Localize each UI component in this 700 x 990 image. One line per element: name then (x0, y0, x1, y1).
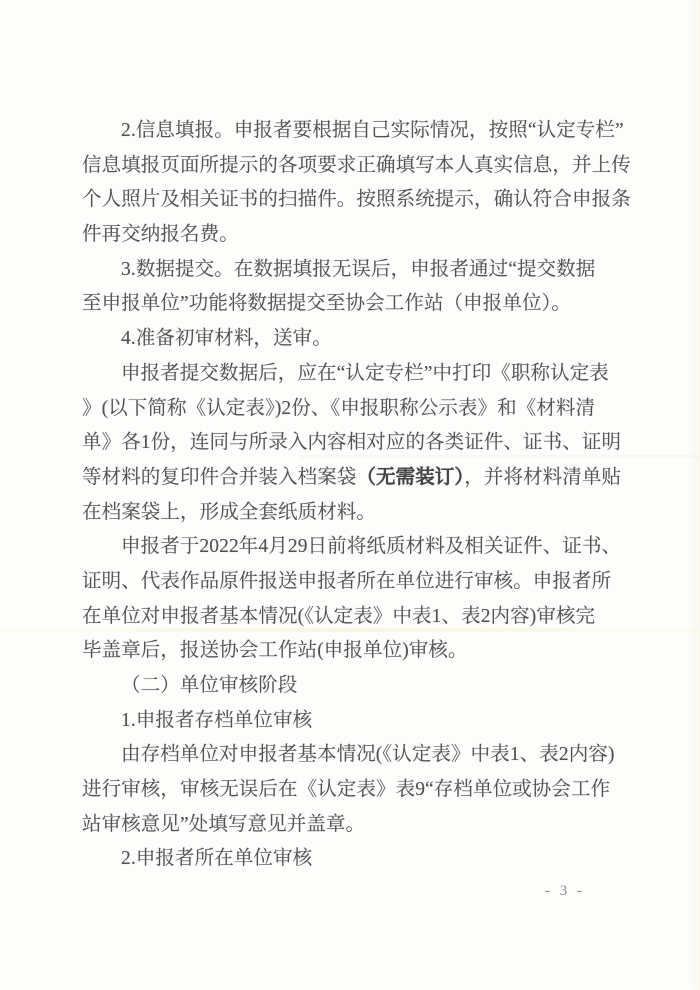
text-line: 1.申报者存档单位审核 (82, 704, 624, 739)
text-line: 在档案袋上，形成全套纸质材料。 (82, 496, 624, 531)
text-segment: 等材料的复印件合并装入档案袋 (82, 467, 356, 488)
text-line: 单》各1份，连同与所录入内容相对应的各类证件、证书、证明 (82, 426, 624, 461)
document-page: 2.信息填报。申报者要根据自己实际情况，按照“认定专栏”信息填报页面所提示的各项… (0, 0, 700, 990)
text-segment: ，并将材料清单贴 (464, 467, 621, 488)
text-line: 申报者提交数据后，应在“认定专栏”中打印《职称认定表 (82, 357, 624, 392)
text-line: 》(以下简称《认定表》)2份、《申报职称公示表》和《材料清 (82, 392, 624, 427)
text-line: 至申报单位”功能将数据提交至协会工作站（申报单位）。 (82, 287, 624, 322)
text-line: 信息填报页面所提示的各项要求正确填写本人真实信息，并上传 (82, 149, 624, 184)
text-line: 2.申报者所在单位审核 (82, 842, 624, 877)
text-line: 由存档单位对申报者基本情况(《认定表》中表1、表2内容) (82, 738, 624, 773)
bold-text-segment: （无需装订） (356, 467, 464, 488)
text-line: 3.数据提交。在数据填报无误后，申报者通过“提交数据 (82, 253, 624, 288)
text-line: 个人照片及相关证书的扫描件。按照系统提示，确认符合申报条 (82, 183, 624, 218)
text-line: 件再交纳报名费。 (82, 218, 624, 253)
text-line: 4.准备初审材料，送审。 (82, 322, 624, 357)
page-number: - 3 - (545, 881, 585, 901)
text-line: 在单位对申报者基本情况(《认定表》中表1、表2内容)审核完 (82, 600, 624, 635)
text-line: 毕盖章后，报送协会工作站(申报单位)审核。 (82, 634, 624, 669)
scan-artifact-right-edge (686, 0, 700, 990)
text-line: 申报者于2022年4月29日前将纸质材料及相关证件、证书、 (82, 530, 624, 565)
text-line: 2.信息填报。申报者要根据自己实际情况，按照“认定专栏” (82, 114, 624, 149)
text-line: （二）单位审核阶段 (82, 669, 624, 704)
text-line: 等材料的复印件合并装入档案袋（无需装订），并将材料清单贴 (82, 461, 624, 496)
text-line: 站审核意见”处填写意见并盖章。 (82, 808, 624, 843)
text-line: 进行审核，审核无误后在《认定表》表9“存档单位或协会工作 (82, 773, 624, 808)
text-line: 证明、代表作品原件报送申报者所在单位进行审核。申报者所 (82, 565, 624, 600)
document-text-block: 2.信息填报。申报者要根据自己实际情况，按照“认定专栏”信息填报页面所提示的各项… (82, 114, 624, 877)
